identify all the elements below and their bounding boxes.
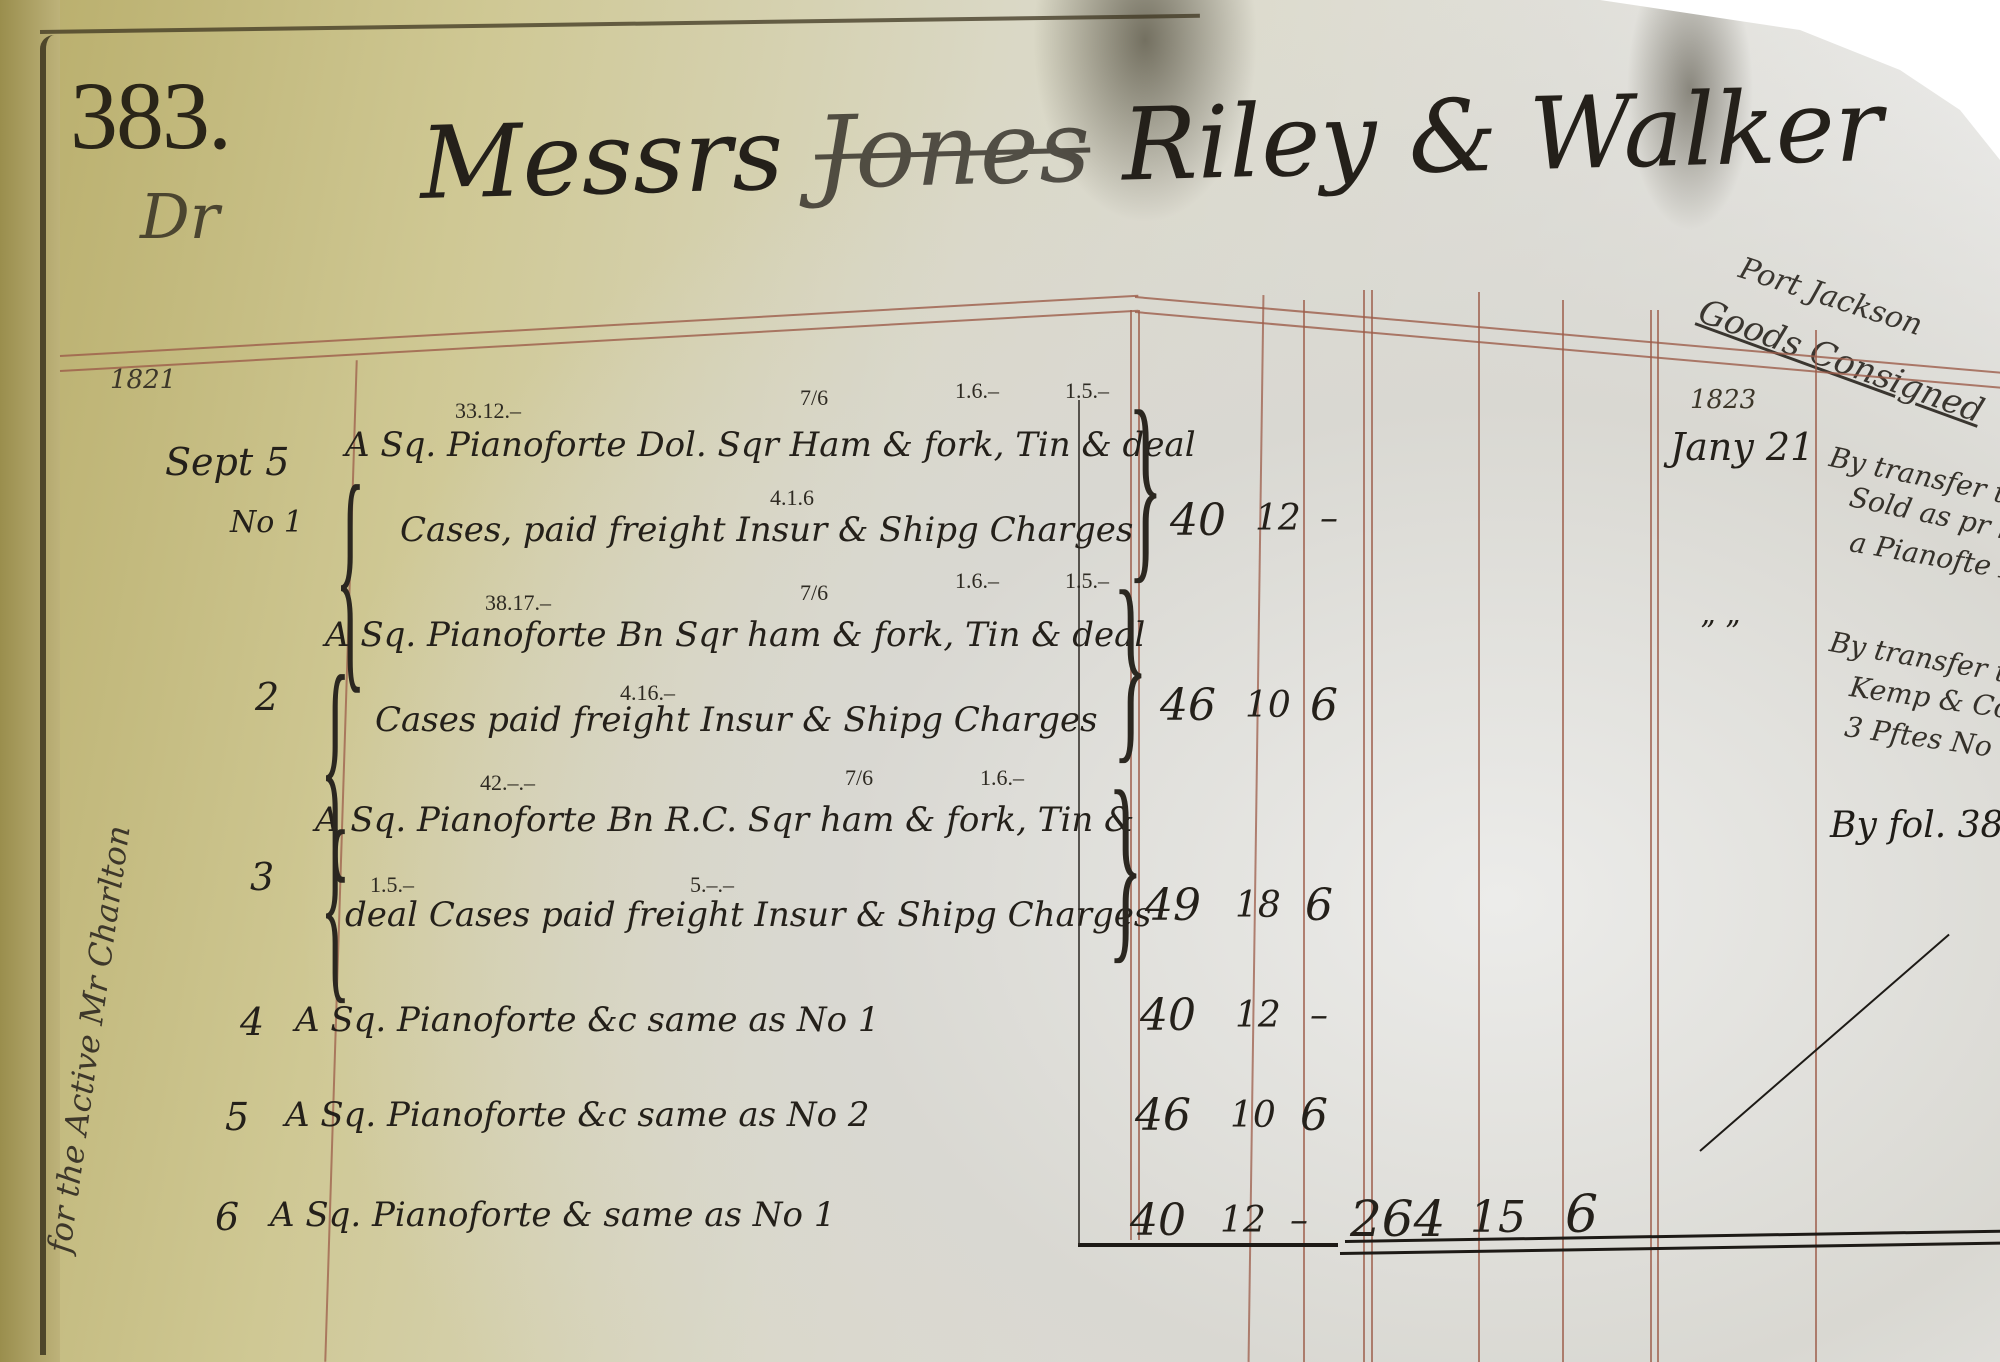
- column-rule-total-pence-2: [1657, 310, 1659, 1362]
- page-top-border: [40, 14, 1200, 34]
- entry-5-line: A Sq. Pianoforte &c same as No 2: [285, 1095, 870, 1135]
- sub-amount: 4.1.6: [770, 485, 814, 511]
- ditto-marks: ” ”: [1700, 615, 1740, 650]
- credit-entry-3: By fol. 384: [1830, 805, 2000, 846]
- debit-year: 1821: [110, 365, 176, 395]
- title-prefix: Messrs: [418, 96, 784, 222]
- sub-amount: 1.5.–: [1065, 568, 1109, 594]
- entry-number-4: 4: [240, 1000, 264, 1044]
- subtotal-rule: [1078, 1243, 1338, 1247]
- sub-amount: 38.17.–: [485, 590, 551, 616]
- amount-pence: 6: [1300, 1090, 1328, 1141]
- entry-6-line: A Sq. Pianoforte & same as No 1: [270, 1195, 835, 1235]
- page-border-line: [40, 35, 54, 1355]
- entry-2-line-1: A Sq. Pianoforte Bn Sqr ham & fork, Tin …: [325, 615, 1145, 655]
- header-rule-top: [60, 295, 1138, 357]
- amount-shillings: 18: [1235, 885, 1281, 926]
- amount-pounds: 40: [1140, 990, 1196, 1041]
- credit-date: Jany 21: [1670, 425, 1814, 469]
- sub-amount: 1.6.–: [955, 378, 999, 404]
- amount-pounds: 46: [1135, 1090, 1191, 1141]
- sub-amount: 1.5.–: [1065, 378, 1109, 404]
- brace-icon: {: [320, 800, 350, 1010]
- entry-number-5: 5: [225, 1095, 249, 1139]
- struck-out-word: Jones: [813, 87, 1091, 211]
- amount-shillings: 10: [1245, 685, 1291, 726]
- entry-number-3: 3: [250, 855, 274, 899]
- sub-amount: 33.12.–: [455, 398, 521, 424]
- amount-pence: 6: [1310, 680, 1338, 731]
- brace-icon: }: [1108, 760, 1143, 970]
- entry-1-line-1: A Sq. Pianoforte Dol. Sqr Ham & fork, Ti…: [345, 425, 1196, 465]
- column-rule-total-pence: [1650, 310, 1652, 1362]
- amount-pounds: 40: [1130, 1195, 1186, 1246]
- sub-amount: 1.6.–: [955, 568, 999, 594]
- amount-pence: 6: [1305, 880, 1333, 931]
- subtotal-left-rule: [1078, 400, 1080, 1245]
- entry-1-line-2: Cases, paid freight Insur & Shipg Charge…: [400, 510, 1133, 550]
- amount-pounds: 40: [1170, 495, 1226, 546]
- account-title: Messrs Jones Riley & Walker: [418, 67, 1883, 222]
- debit-side-marker: Dr: [140, 180, 219, 253]
- debit-date: Sept 5: [165, 440, 289, 484]
- amount-pence: –: [1310, 995, 1328, 1036]
- amount-pounds: 49: [1145, 880, 1201, 931]
- total-shillings: 15: [1470, 1192, 1526, 1243]
- sub-amount: 7/6: [845, 765, 873, 791]
- amount-pence: –: [1320, 498, 1338, 539]
- column-rule-total-shillings: [1562, 300, 1564, 1362]
- amount-shillings: 10: [1230, 1095, 1276, 1136]
- closing-diagonal-line: [1699, 934, 1949, 1152]
- entry-3-line-1: A Sq. Pianoforte Bn R.C. Sqr ham & fork,…: [315, 800, 1134, 840]
- entry-4-line: A Sq. Pianoforte &c same as No 1: [295, 1000, 880, 1040]
- brace-icon: }: [1113, 560, 1148, 770]
- sub-amount: 7/6: [800, 385, 828, 411]
- entry-number-1: No 1: [230, 505, 303, 540]
- header-rule-bottom: [60, 310, 1138, 372]
- entry-number-6: 6: [215, 1195, 239, 1239]
- sub-amount: 7/6: [800, 580, 828, 606]
- amount-shillings: 12: [1255, 498, 1301, 539]
- ledger-page: 383. Dr Messrs Jones Riley & Walker Port…: [0, 0, 2000, 1362]
- column-rule-credit-date: [1815, 330, 1817, 1362]
- entry-number-2: 2: [255, 675, 279, 719]
- sub-amount: 42.–.–: [480, 770, 535, 796]
- amount-pence: –: [1290, 1200, 1308, 1241]
- sub-amount: 1.6.–: [980, 765, 1024, 791]
- entry-3-line-2: deal Cases paid freight Insur & Shipg Ch…: [345, 895, 1151, 935]
- amount-pounds: 46: [1160, 680, 1216, 731]
- folio-number: 383.: [70, 60, 230, 171]
- entry-2-line-2: Cases paid freight Insur & Shipg Charges: [375, 700, 1098, 740]
- amount-shillings: 12: [1220, 1200, 1266, 1241]
- account-name: Riley & Walker: [1120, 67, 1884, 204]
- amount-shillings: 12: [1235, 995, 1281, 1036]
- credit-year: 1823: [1690, 385, 1756, 415]
